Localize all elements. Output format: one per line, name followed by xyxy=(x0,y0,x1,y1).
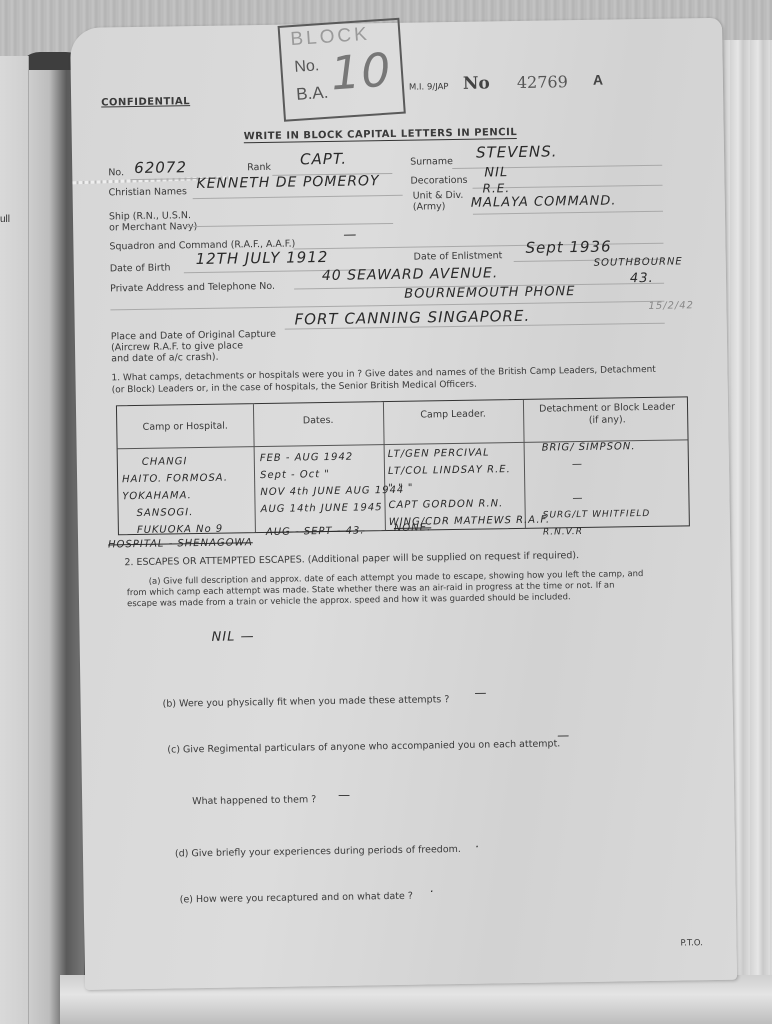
number-symbol: No xyxy=(463,73,490,93)
header-camp-or-hospital: Camp or Hospital. xyxy=(117,420,253,433)
address-line-1: 40 SEAWARD AVENUE. xyxy=(322,265,499,284)
camp-leaders-column: LT/GEN PERCIVAL LT/COL LINDSAY R.E. " " … xyxy=(388,444,551,532)
rank-value: CAPT. xyxy=(300,150,347,169)
address-label: Private Address and Telephone No. xyxy=(110,281,275,295)
enlistment-label: Date of Enlistment xyxy=(414,250,503,262)
question-2e: (e) How were you recaptured and on what … xyxy=(180,891,413,906)
question-2c-sub: What happened to them ? xyxy=(192,794,316,807)
answer-2c-sub: — xyxy=(338,788,351,802)
date-cell: AUG 14th JUNE 1945 xyxy=(260,499,404,518)
question-2d: (d) Give briefly your experiences during… xyxy=(175,844,461,859)
capture-label-line-3: and date of a/c crash). xyxy=(111,352,219,365)
question-2-heading: 2. ESCAPES OR ATTEMPTED ESCAPES. (Additi… xyxy=(124,550,579,568)
block-stamp: BLOCK No. B.A. 10 xyxy=(278,18,406,122)
adjacent-sheet: ull xyxy=(0,56,29,1024)
camp-cell: CHANGI xyxy=(122,453,228,472)
answer-2a: NIL — xyxy=(211,629,254,645)
unit-div-label: Unit & Div. (Army) xyxy=(413,190,464,213)
squadron-value: — xyxy=(343,228,357,243)
division-value: MALAYA COMMAND. xyxy=(471,193,617,210)
service-number-value: 62072 xyxy=(134,158,187,177)
unit-value: R.E. xyxy=(482,181,510,195)
dob-label: Date of Birth xyxy=(110,262,171,274)
answer-2d: · xyxy=(475,840,480,854)
camps-table: Camp or Hospital. Dates. Camp Leader. De… xyxy=(116,396,690,535)
camp-cell: HAITO. FORMOSA. xyxy=(122,470,228,489)
decorations-label: Decorations xyxy=(410,175,467,187)
answer-2c: — xyxy=(557,728,570,742)
capture-date-note: 15/2/42 xyxy=(648,300,694,312)
surname-value: STEVENS. xyxy=(476,142,558,161)
header-dates: Dates. xyxy=(253,414,383,427)
phone-exchange: SOUTHBOURNE xyxy=(594,256,683,268)
christian-names-value: KENNETH DE POMEROY xyxy=(196,173,379,192)
liberation-questionnaire-form: BLOCK No. B.A. 10 CONFIDENTIAL M.I. 9/JA… xyxy=(70,18,737,990)
surname-label: Surname xyxy=(410,156,453,168)
answer-2b: — xyxy=(474,686,487,700)
dob-value: 12TH JULY 1912 xyxy=(196,248,329,268)
serial-number: 42769 xyxy=(517,72,568,92)
no-label: No. xyxy=(108,167,124,178)
instruction-heading: WRITE IN BLOCK CAPITAL LETTERS IN PENCIL xyxy=(244,127,518,143)
enlistment-value: Sept 1936 xyxy=(525,238,611,257)
question-2b: (b) Were you physically fit when you mad… xyxy=(163,694,450,710)
answer-2e: · xyxy=(429,884,434,898)
stamp-block-number: 10 xyxy=(329,42,393,100)
serial-suffix: A xyxy=(593,72,603,88)
rank-label: Rank xyxy=(247,162,271,173)
struck-leader-entry: NONE. xyxy=(394,522,432,534)
block-leader-cell: SURG/LT WHITFIELD R.N.V.R xyxy=(543,505,690,541)
decorations-value: NIL xyxy=(484,165,508,180)
header-camp-leader: Camp Leader. xyxy=(383,408,523,421)
camp-cell: FUKUOKA No 9 xyxy=(123,521,229,540)
ship-label: Ship (R.N., U.S.N. or Merchant Navy) xyxy=(109,210,198,233)
unit-div-label-line-2: (Army) xyxy=(413,201,446,213)
block-leaders-column: BRIG/ SIMPSON. — — SURG/LT WHITFIELD R.N… xyxy=(542,437,690,541)
stamp-no-label: No. xyxy=(294,57,320,77)
struck-camp-entry: HOSPITAL - SHENAGOWA xyxy=(108,537,253,550)
stamp-ba-label: B.A. xyxy=(296,83,329,105)
unit-div-label-line-1: Unit & Div. xyxy=(413,190,464,202)
pto-label: P.T.O. xyxy=(680,938,703,948)
adjacent-sheet-label: ull xyxy=(0,214,10,225)
confidential-label: CONFIDENTIAL xyxy=(101,96,190,108)
header-block-leader: Detachment or Block Leader (if any). xyxy=(537,402,677,428)
camp-cell: SANSOGI. xyxy=(123,504,229,523)
camp-cell: YOKAHAMA. xyxy=(122,487,228,506)
question-2c: (c) Give Regimental particulars of anyon… xyxy=(167,738,560,755)
phone-number: 43. xyxy=(630,271,654,286)
christian-names-label: Christian Names xyxy=(109,186,188,198)
form-reference: M.I. 9/JAP xyxy=(409,82,449,93)
address-line-2: BOURNEMOUTH PHONE xyxy=(404,284,575,302)
dates-column: FEB - AUG 1942 Sept - Oct " NOV 4th JUNE… xyxy=(260,448,405,518)
capture-label: Place and Date of Original Capture (Airc… xyxy=(111,329,277,365)
camps-column: CHANGI HAITO. FORMOSA. YOKAHAMA. SANSOGI… xyxy=(122,453,229,540)
date-cell: NOV 4th JUNE AUG 1944 xyxy=(260,482,404,501)
struck-dates-entry: AUG - SEPT - 43. xyxy=(266,525,365,538)
